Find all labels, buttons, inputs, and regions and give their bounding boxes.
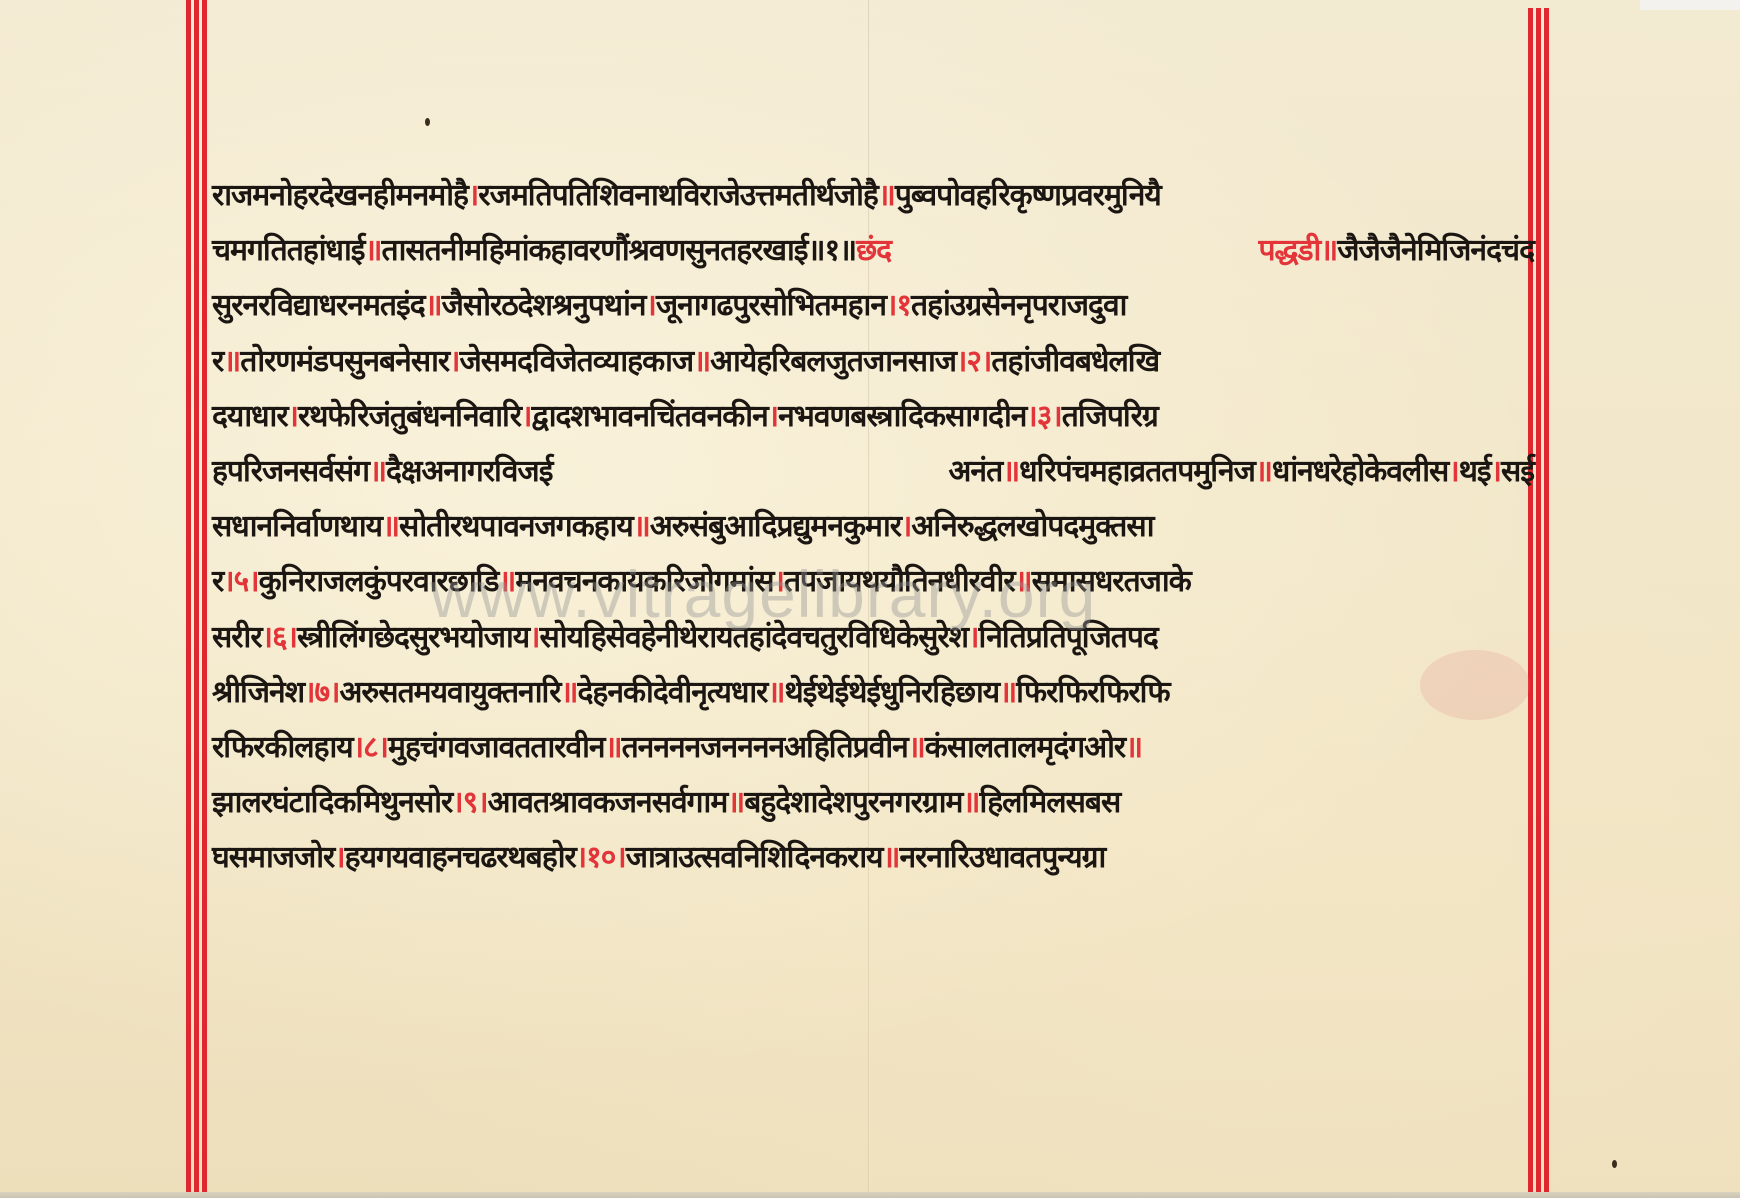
text-segment: तहांजीवबधेलखि bbox=[991, 344, 1159, 379]
text-segment: नितिप्रतिपूजितपद bbox=[978, 620, 1157, 655]
text-segment: तासतनीमहिमांकहावरणौंश्रवणसुनतहरखाई bbox=[381, 233, 807, 268]
rubric-marker: । bbox=[1448, 454, 1458, 489]
text-segment: स्त्रीलिंगछेदसुरभयोजाय bbox=[297, 620, 529, 655]
text-segment: रजमतिपतिशिवनाथविराजेउत्तमतीर्थजोहै bbox=[478, 178, 878, 213]
text-segment: तहांदेवचतुरविधिकेसुरेश bbox=[733, 620, 969, 655]
rubric-marker: । bbox=[468, 178, 478, 213]
scan-edge bbox=[1640, 0, 1740, 10]
text-segment: तहांउग्रसेननृपराजदुवा bbox=[911, 288, 1126, 323]
rubric-marker: ॥ bbox=[605, 730, 622, 765]
text-segment: नभवणबस्त्रादिकसागदीन bbox=[778, 399, 1026, 434]
text-segment: जैजैजैनेमिजिनंदचंद bbox=[1337, 233, 1534, 268]
text-segment: श्रीजिनेश bbox=[212, 675, 304, 710]
text-segment: जात्राउत्सवनिशिदिनकराय bbox=[626, 840, 883, 875]
text-segment: सधाननिर्वाणथाय bbox=[212, 509, 382, 544]
left-margin-rules bbox=[186, 0, 212, 1198]
text-segment: आयेहरिबलजुतजानसाज bbox=[710, 344, 956, 379]
rubric-marker: । bbox=[774, 564, 784, 599]
text-segment: सोयहिसेवहेनीथेराय bbox=[540, 620, 733, 655]
text-segment: हिलमिलसबस bbox=[979, 785, 1120, 820]
text-segment: तननननजननननअहितिप्रवीन bbox=[622, 730, 908, 765]
margin-rule bbox=[1536, 8, 1541, 1198]
manuscript-line: हपरिजनसर्वसंग॥दैक्षअनागरविजई अनंत॥धरिपंच… bbox=[212, 444, 1534, 499]
text-segment: दैक्षअनागरविजई अनंत bbox=[386, 454, 1002, 489]
rubric-marker: । bbox=[449, 344, 459, 379]
ink-speck bbox=[425, 118, 430, 126]
text-segment: द्वादशभावनचिंतवनकीन bbox=[531, 399, 767, 434]
rubric-marker: ॥ bbox=[382, 509, 399, 544]
rubric-marker: । bbox=[334, 840, 344, 875]
rubric-marker: ॥ bbox=[223, 344, 240, 379]
text-segment: जूनागढपुरसोभितमहान bbox=[656, 288, 886, 323]
text-segment: फिरफिरफिरफि bbox=[1016, 675, 1169, 710]
text-segment: पुब्वपोवहरिकृष्णप्रवरमुनियै bbox=[895, 178, 1161, 213]
rubric-marker: ॥ bbox=[365, 233, 382, 268]
text-segment: मनवचनकायकरिजोगमांस bbox=[515, 564, 773, 599]
rubric-marker: । bbox=[1491, 454, 1501, 489]
text-segment: आवतश्रावकजनसर्वगाम bbox=[488, 785, 728, 820]
manuscript-line: चमगतितहांधाई॥तासतनीमहिमांकहावरणौंश्रवणसु… bbox=[212, 223, 1534, 278]
text-segment: सोतीरथपावनजगकहाय bbox=[399, 509, 633, 544]
text-segment: हयगयवाहनचढरथबहोर bbox=[345, 840, 576, 875]
text-segment: झालरघंटादिकमिथुनसोर bbox=[212, 785, 452, 820]
rubric-marker: ॥ bbox=[425, 288, 442, 323]
text-segment: अरुसंबुआदिप्रद्युमनकुमार bbox=[650, 509, 901, 544]
text-segment: समासधरतजाके bbox=[1032, 564, 1191, 599]
text-segment: सई bbox=[1501, 454, 1534, 489]
rubric-marker: ॥ bbox=[767, 675, 784, 710]
rubric-marker: । bbox=[768, 399, 778, 434]
rubric-marker: ॥ bbox=[498, 564, 515, 599]
rubric-marker: ॥ bbox=[1125, 730, 1142, 765]
rubric-marker: ॥ bbox=[1015, 564, 1032, 599]
rubric-marker: । bbox=[646, 288, 656, 323]
text-segment: जेसमदविजेतव्याहकाज bbox=[460, 344, 694, 379]
rubric-marker: ॥ bbox=[878, 178, 895, 213]
rubric-marker: ॥ bbox=[908, 730, 925, 765]
rubric-marker: ॥ bbox=[693, 344, 710, 379]
text-segment: जैसोरठदेशश्रनुपथांन bbox=[442, 288, 646, 323]
text-segment: मुहचंगवजावततारवीन bbox=[388, 730, 605, 765]
manuscript-line: सुरनरविद्याधरनमतइंद॥जैसोरठदेशश्रनुपथांन।… bbox=[212, 278, 1534, 333]
text-segment: चमगतितहांधाई bbox=[212, 233, 365, 268]
manuscript-line: राजमनोहरदेखनहीमनमोहै।रजमतिपतिशिवनाथविराज… bbox=[212, 168, 1534, 223]
text-segment: नरनारिउधावतपुन्यग्रा bbox=[900, 840, 1106, 875]
rubric-marker: ।७। bbox=[304, 675, 339, 710]
manuscript-line: श्रीजिनेश।७।अरुसतमयवायुक्तनारि॥देहनकीदेव… bbox=[212, 665, 1534, 720]
manuscript-page: राजमनोहरदेखनहीमनमोहै।रजमतिपतिशिवनाथविराज… bbox=[0, 0, 1740, 1198]
rubric-marker: ।१०। bbox=[576, 840, 626, 875]
rubric-marker: ।३। bbox=[1026, 399, 1061, 434]
text-segment: धरिपंचमहाव्रततपमुनिज bbox=[1019, 454, 1255, 489]
text-segment: सरीर bbox=[212, 620, 262, 655]
text-segment: कुनिराजलकुंपरवारछाडि bbox=[259, 564, 499, 599]
rubric-marker: ।२। bbox=[956, 344, 991, 379]
rubric-marker: ।१ bbox=[886, 288, 911, 323]
rubric-marker: ॥ bbox=[1255, 454, 1272, 489]
text-segment: राजमनोहरदेखनहीमनमोहै bbox=[212, 178, 468, 213]
text-segment: रथफेरिजंतुबंधननिवारि bbox=[298, 399, 521, 434]
text-segment: तपजायथयौतिनधीरवीर bbox=[784, 564, 1015, 599]
manuscript-line: सरीर।६।स्त्रीलिंगछेदसुरभयोजाय।सोयहिसेवहे… bbox=[212, 610, 1534, 665]
rubric-marker: ॥ bbox=[633, 509, 650, 544]
text-segment: थेईथेईथेईधुनिरहिछाय bbox=[784, 675, 999, 710]
text-segment: धांनधरेहोकेवलीस bbox=[1272, 454, 1448, 489]
manuscript-line: र॥तोरणमंडपसुनबनेसार।जेसमदविजेतव्याहकाज॥आ… bbox=[212, 334, 1534, 389]
margin-rule bbox=[1544, 8, 1549, 1198]
text-segment: रफिरकीलहाय bbox=[212, 730, 353, 765]
rubric-marker: ॥ bbox=[963, 785, 980, 820]
text-segment: हपरिजनसर्वसंग bbox=[212, 454, 369, 489]
manuscript-line: सधाननिर्वाणथाय॥सोतीरथपावनजगकहाय॥अरुसंबुआ… bbox=[212, 499, 1534, 554]
margin-rule bbox=[194, 0, 199, 1198]
rubric-marker: छंद पद्धडी bbox=[856, 233, 1320, 268]
rubric-marker: ।९। bbox=[452, 785, 487, 820]
ink-speck bbox=[1612, 1160, 1617, 1168]
margin-rule bbox=[186, 0, 191, 1198]
text-segment: देहनकीदेवीनृत्यधार bbox=[578, 675, 768, 710]
manuscript-line: दयाधार।रथफेरिजंतुबंधननिवारि।द्वादशभावनचि… bbox=[212, 389, 1534, 444]
rubric-marker: ॥ bbox=[561, 675, 578, 710]
text-segment: अरुसतमयवायुक्तनारि bbox=[339, 675, 560, 710]
text-segment: कंसालतालमृदंगओर bbox=[925, 730, 1125, 765]
manuscript-text: राजमनोहरदेखनहीमनमोहै।रजमतिपतिशिवनाथविराज… bbox=[212, 168, 1534, 885]
rubric-marker: । bbox=[288, 399, 298, 434]
text-segment: दयाधार bbox=[212, 399, 288, 434]
text-segment: तोरणमंडपसुनबनेसार bbox=[240, 344, 449, 379]
margin-rule bbox=[202, 0, 207, 1198]
rubric-marker: । bbox=[521, 399, 531, 434]
text-segment: सुरनरविद्याधरनमतइंद bbox=[212, 288, 425, 323]
text-segment: र bbox=[212, 564, 223, 599]
rubric-marker: । bbox=[901, 509, 911, 544]
manuscript-line: र।५।कुनिराजलकुंपरवारछाडि॥मनवचनकायकरिजोगम… bbox=[212, 554, 1534, 609]
text-segment: थई bbox=[1459, 454, 1491, 489]
text-segment: तजिपरिग्र bbox=[1062, 399, 1158, 434]
rubric-marker: ॥ bbox=[1320, 233, 1337, 268]
rubric-marker: । bbox=[968, 620, 978, 655]
rubric-marker: ॥ bbox=[883, 840, 900, 875]
text-segment: ॥१॥ bbox=[808, 233, 857, 268]
text-segment: घसमाजजोर bbox=[212, 840, 334, 875]
rubric-marker: ॥ bbox=[1002, 454, 1019, 489]
manuscript-line: घसमाजजोर।हयगयवाहनचढरथबहोर।१०।जात्राउत्सव… bbox=[212, 830, 1534, 885]
text-segment: र bbox=[212, 344, 223, 379]
rubric-marker: ॥ bbox=[369, 454, 386, 489]
rubric-marker: ।६। bbox=[262, 620, 297, 655]
manuscript-line: झालरघंटादिकमिथुनसोर।९।आवतश्रावकजनसर्वगाम… bbox=[212, 775, 1534, 830]
rubric-marker: ।८। bbox=[353, 730, 388, 765]
scan-bottom-edge bbox=[0, 1192, 1740, 1198]
rubric-marker: ।५। bbox=[223, 564, 258, 599]
text-segment: अनिरुद्धलखोपदमुक्तसा bbox=[911, 509, 1153, 544]
manuscript-line: रफिरकीलहाय।८।मुहचंगवजावततारवीन॥तननननजननन… bbox=[212, 720, 1534, 775]
rubric-marker: ॥ bbox=[727, 785, 744, 820]
text-segment: बहुदेशादेशपुरनगरग्राम bbox=[744, 785, 962, 820]
rubric-marker: ॥ bbox=[999, 675, 1016, 710]
rubric-marker: । bbox=[529, 620, 539, 655]
